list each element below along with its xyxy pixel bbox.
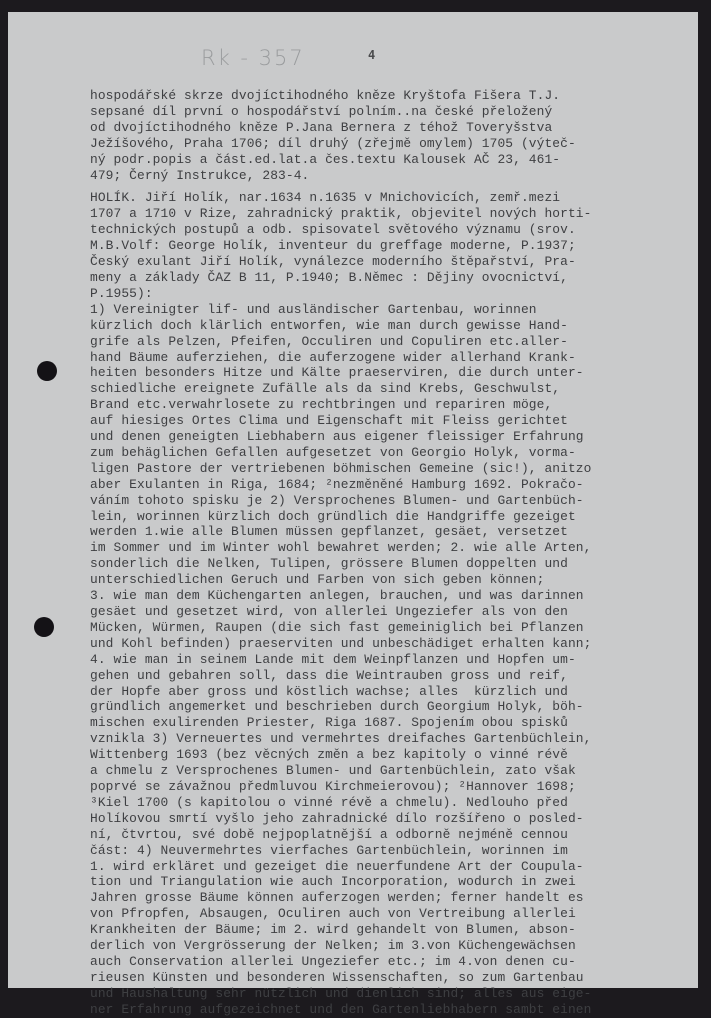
text-line: auf hiesiges Ortes Clima und Eigenschaft… bbox=[90, 413, 690, 429]
paragraph-holik-works: 1) Vereinigter lif- und ausländischer Ga… bbox=[90, 302, 690, 1000]
text-line: Český exulant Jiří Holík, vynálezce mode… bbox=[90, 254, 690, 270]
text-line: ní, čtvrtou, své době nejpoplatnější a o… bbox=[90, 827, 690, 843]
text-line: tion und Triangulation wie auch Incorpor… bbox=[90, 874, 690, 890]
text-line: gesäet und gesetzet wird, von allerlei U… bbox=[90, 604, 690, 620]
document-page: Rk - 357 4 hospodářské skrze dvojíctihod… bbox=[8, 12, 698, 988]
text-line: Wittenberg 1693 (bez věcných změn a bez … bbox=[90, 747, 690, 763]
text-line: technických postupů a odb. spisovatel sv… bbox=[90, 222, 690, 238]
text-line: 1707 a 1710 v Rize, zahradnický praktik,… bbox=[90, 206, 690, 222]
text-line: heiten besonders Hitze und Kälte praeser… bbox=[90, 365, 690, 381]
text-line: werden 1.wie alle Blumen müssen gepflanz… bbox=[90, 524, 690, 540]
text-line: ligen Pastore der vertriebenen böhmische… bbox=[90, 461, 690, 477]
text-line: Brand etc.verwahrlosete zu rechtbringen … bbox=[90, 397, 690, 413]
text-line: und denen geneigten Liebhabern aus eigen… bbox=[90, 429, 690, 445]
archive-stamp: Rk - 357 bbox=[201, 46, 305, 70]
page-number: 4 bbox=[368, 48, 375, 62]
text-line: unterschiedlichen Geruch und Farben von … bbox=[90, 572, 690, 588]
text-line: hand Bäume auferziehen, die auferzogene … bbox=[90, 350, 690, 366]
text-line: aber Exulanten in Riga, 1684; ²nezměněné… bbox=[90, 477, 690, 493]
paragraph-holik-intro: HOLÍK. Jiří Holík, nar.1634 n.1635 v Mni… bbox=[90, 190, 690, 301]
text-line: P.1955): bbox=[90, 286, 690, 302]
text-line: sepsané díl první o hospodářství polním.… bbox=[90, 104, 690, 120]
text-line: gehen und gebahren soll, dass die Weintr… bbox=[90, 668, 690, 684]
text-line: mischen exulirenden Priester, Riga 1687.… bbox=[90, 715, 690, 731]
text-line: von Pfropfen, Absaugen, Oculiren auch vo… bbox=[90, 906, 690, 922]
text-line: 1. wird erkläret und gezeiget die neuerf… bbox=[90, 859, 690, 875]
text-line: lein, worinnen kürzlich doch gründlich d… bbox=[90, 509, 690, 525]
text-line: 4. wie man in seinem Lande mit dem Weinp… bbox=[90, 652, 690, 668]
text-line: poprvé se závažnou předmluvou Kirchmeier… bbox=[90, 779, 690, 795]
text-line: Holíkovou smrtí vyšlo jeho zahradnické d… bbox=[90, 811, 690, 827]
punch-hole-top bbox=[37, 361, 57, 381]
text-line: zum behäglichen Gefallen aufgesetzet von… bbox=[90, 445, 690, 461]
text-line: 479; Černý Instrukce, 283-4. bbox=[90, 168, 690, 184]
text-line: schiedliche ereignete Zufälle als da sin… bbox=[90, 381, 690, 397]
text-line: Jahren grosse Bäume können auferzogen we… bbox=[90, 890, 690, 906]
text-line: HOLÍK. Jiří Holík, nar.1634 n.1635 v Mni… bbox=[90, 190, 690, 206]
paragraph-fiser-continuation: hospodářské skrze dvojíctihodného kněze … bbox=[90, 88, 690, 183]
text-line: 3. wie man dem Küchengarten anlegen, bra… bbox=[90, 588, 690, 604]
text-line: kürzlich doch klärlich entworfen, wie ma… bbox=[90, 318, 690, 334]
text-line: vznikla 3) Verneuertes und vermehrtes dr… bbox=[90, 731, 690, 747]
text-line: Krankheiten der Bäume; im 2. wird gehand… bbox=[90, 922, 690, 938]
text-line: derlich von Vergrösserung der Nelken; im… bbox=[90, 938, 690, 954]
document-body: hospodářské skrze dvojíctihodného kněze … bbox=[90, 88, 690, 1000]
text-line: grife als Pelzen, Pfeifen, Occuliren und… bbox=[90, 334, 690, 350]
text-line: Mücken, Würmen, Raupen (die sich fast ge… bbox=[90, 620, 690, 636]
text-line: auch Conservation allerlei Ungeziefer et… bbox=[90, 954, 690, 970]
text-line: a chmelu z Versprochenes Blumen- und Gar… bbox=[90, 763, 690, 779]
text-line: rieusen Künsten und besonderen Wissensch… bbox=[90, 970, 690, 986]
text-line: sonderlich die Nelken, Tulipen, grössere… bbox=[90, 556, 690, 572]
text-line: gründlich angemerket und beschrieben dur… bbox=[90, 699, 690, 715]
text-line: meny a základy ČAZ B 11, P.1940; B.Němec… bbox=[90, 270, 690, 286]
text-line: ³Kiel 1700 (s kapitolou o vinné révě a c… bbox=[90, 795, 690, 811]
text-line: hospodářské skrze dvojíctihodného kněze … bbox=[90, 88, 690, 104]
text-line: 1) Vereinigter lif- und ausländischer Ga… bbox=[90, 302, 690, 318]
text-line: Ježíšového, Praha 1706; díl druhý (zřejm… bbox=[90, 136, 690, 152]
text-line: und Kohl befinden) praeserviten und unbe… bbox=[90, 636, 690, 652]
text-line: od dvojíctihodného kněze P.Jana Bernera … bbox=[90, 120, 690, 136]
text-line: ný podr.popis a část.ed.lat.a čes.textu … bbox=[90, 152, 690, 168]
text-line: část: 4) Neuvermehrtes vierfaches Garten… bbox=[90, 843, 690, 859]
punch-hole-bottom bbox=[34, 617, 54, 637]
text-line: und Haushaltung sehr nützlich und dienli… bbox=[90, 986, 690, 1000]
text-line: im Sommer und im Winter wohl bewahret we… bbox=[90, 540, 690, 556]
text-line: váním tohoto spisku je 2) Versprochenes … bbox=[90, 493, 690, 509]
text-line: M.B.Volf: George Holík, inventeur du gre… bbox=[90, 238, 690, 254]
text-line: der Hopfe aber gross und köstlich wachse… bbox=[90, 684, 690, 700]
